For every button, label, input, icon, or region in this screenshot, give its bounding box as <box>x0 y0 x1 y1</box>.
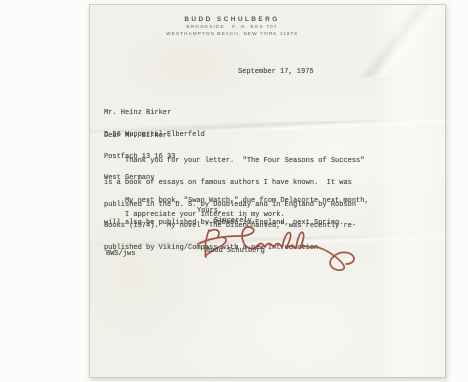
paper-highlight <box>375 5 445 377</box>
letterhead: BUDD SCHULBERG BROOKSIDE P. O. BOX 707 W… <box>112 15 352 38</box>
salutation: Dear Mr. Birker: <box>104 133 171 140</box>
date-line: September 17, 1975 <box>238 69 314 76</box>
fold-crease-corner <box>341 5 445 77</box>
body-line: Thank you for your letter. "The Four Sea… <box>104 158 364 165</box>
letter-paper: BUDD SCHULBERG BROOKSIDE P. O. BOX 707 W… <box>89 4 446 378</box>
letterhead-address-line2: WESTHAMPTON BEACH, NEW YORK 11978 <box>112 31 352 38</box>
scanned-letter-photo: BUDD SCHULBERG BROOKSIDE P. O. BOX 707 W… <box>0 0 468 382</box>
typed-signature: Budd Schulberg <box>206 248 265 255</box>
closing-yours: Yours, <box>197 208 222 215</box>
letterhead-address-line1: BROOKSIDE P. O. BOX 707 <box>112 24 352 31</box>
letterhead-name: BUDD SCHULBERG <box>112 15 352 24</box>
typist-initials-line: BWS/jws <box>106 251 135 258</box>
signature-script <box>194 219 369 271</box>
address-line: Mr. Heinz Birker <box>104 110 205 117</box>
